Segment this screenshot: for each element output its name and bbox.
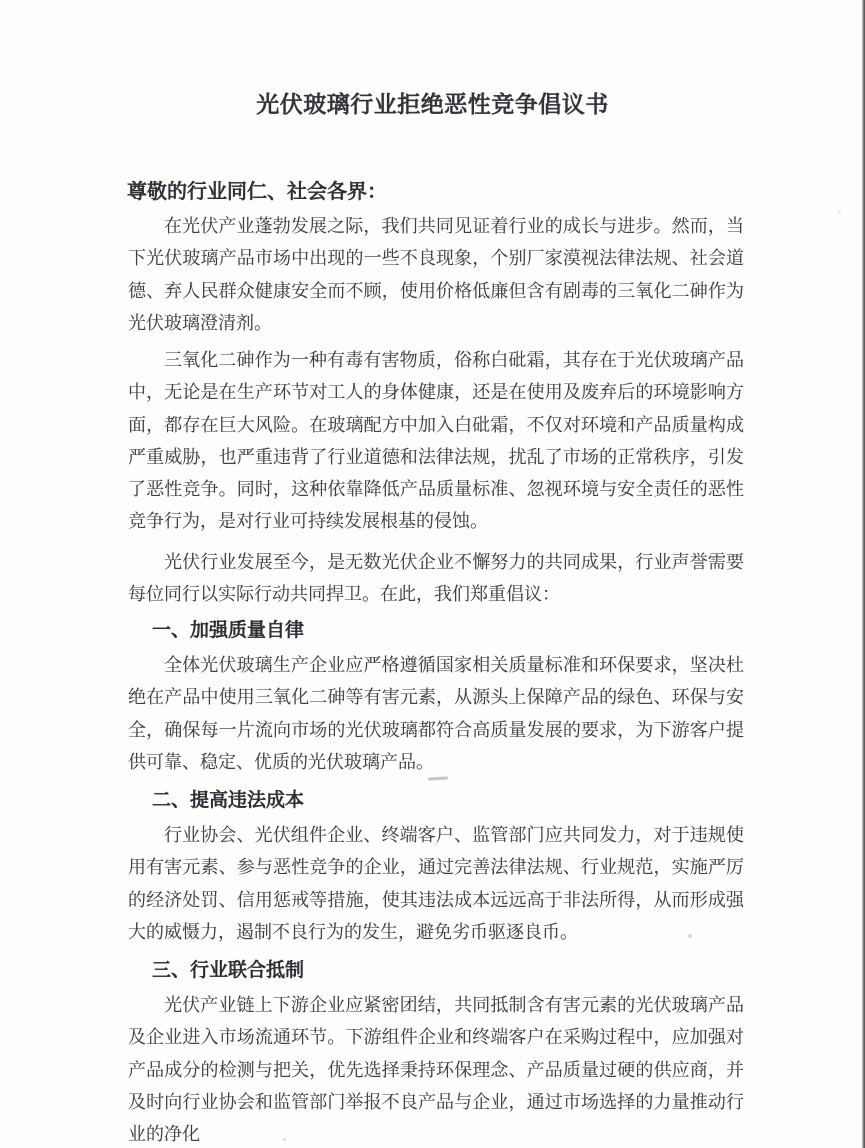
section-body-industry-joint-boycott: 光伏产业链上下游企业应紧密团结，共同抵制含有害元素的光伏玻璃产品及企业进入市场流… (128, 989, 744, 1148)
scan-speck (688, 934, 692, 938)
scan-smudge-artifact (428, 776, 448, 780)
document-title: 光伏玻璃行业拒绝恶性竞争倡议书 (0, 86, 865, 119)
section-heading-raise-violation-cost: 二、提高违法成本 (152, 785, 304, 817)
intro-paragraph-3: 光伏行业发展至今，是无数光伏企业不懈努力的共同成果，行业声誉需要每位同行以实际行… (128, 546, 744, 611)
section-body-quality-self-discipline: 全体光伏玻璃生产企业应严格遵循国家相关质量标准和环保要求，坚决杜绝在产品中使用三… (128, 649, 744, 778)
section-heading-quality-self-discipline: 一、加强质量自律 (152, 615, 304, 647)
intro-paragraph-1: 在光伏产业蓬勃发展之际，我们共同见证着行业的成长与进步。然而，当下光伏玻璃产品市… (128, 210, 744, 339)
scan-speck (283, 1138, 286, 1141)
section-body-raise-violation-cost: 行业协会、光伏组件企业、终端客户、监管部门应共同发力，对于违规使用有害元素、参与… (128, 819, 744, 948)
intro-paragraph-2: 三氧化二砷作为一种有毒有害物质，俗称白砒霜，其存在于光伏玻璃产品中，无论是在生产… (128, 344, 744, 538)
scanned-document-page: 光伏玻璃行业拒绝恶性竞争倡议书 尊敬的行业同仁、社会各界： 在光伏产业蓬勃发展之… (0, 0, 865, 1148)
salutation: 尊敬的行业同仁、社会各界： (127, 175, 387, 204)
scan-speck (838, 210, 841, 213)
section-heading-industry-joint-boycott: 三、行业联合抵制 (152, 955, 304, 987)
